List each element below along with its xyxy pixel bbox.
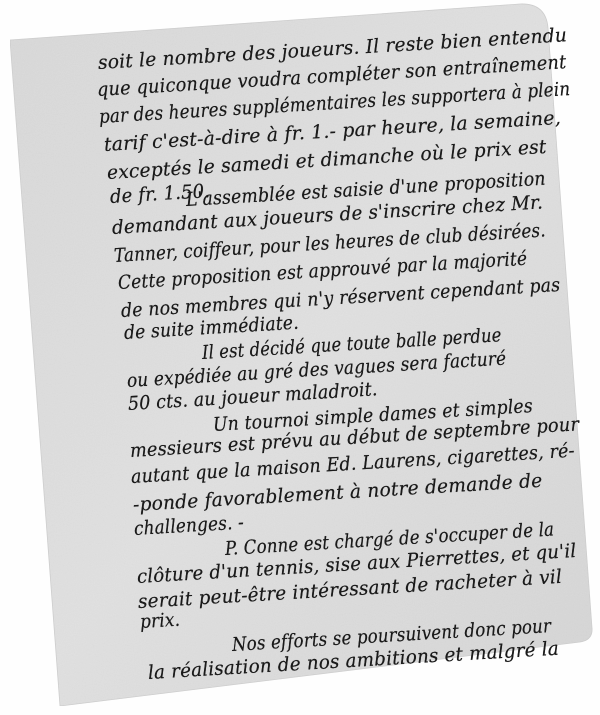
scanned-page: soit le nombre des joueurs. Il reste bie… [0,0,600,715]
paper-sheet [0,0,600,715]
